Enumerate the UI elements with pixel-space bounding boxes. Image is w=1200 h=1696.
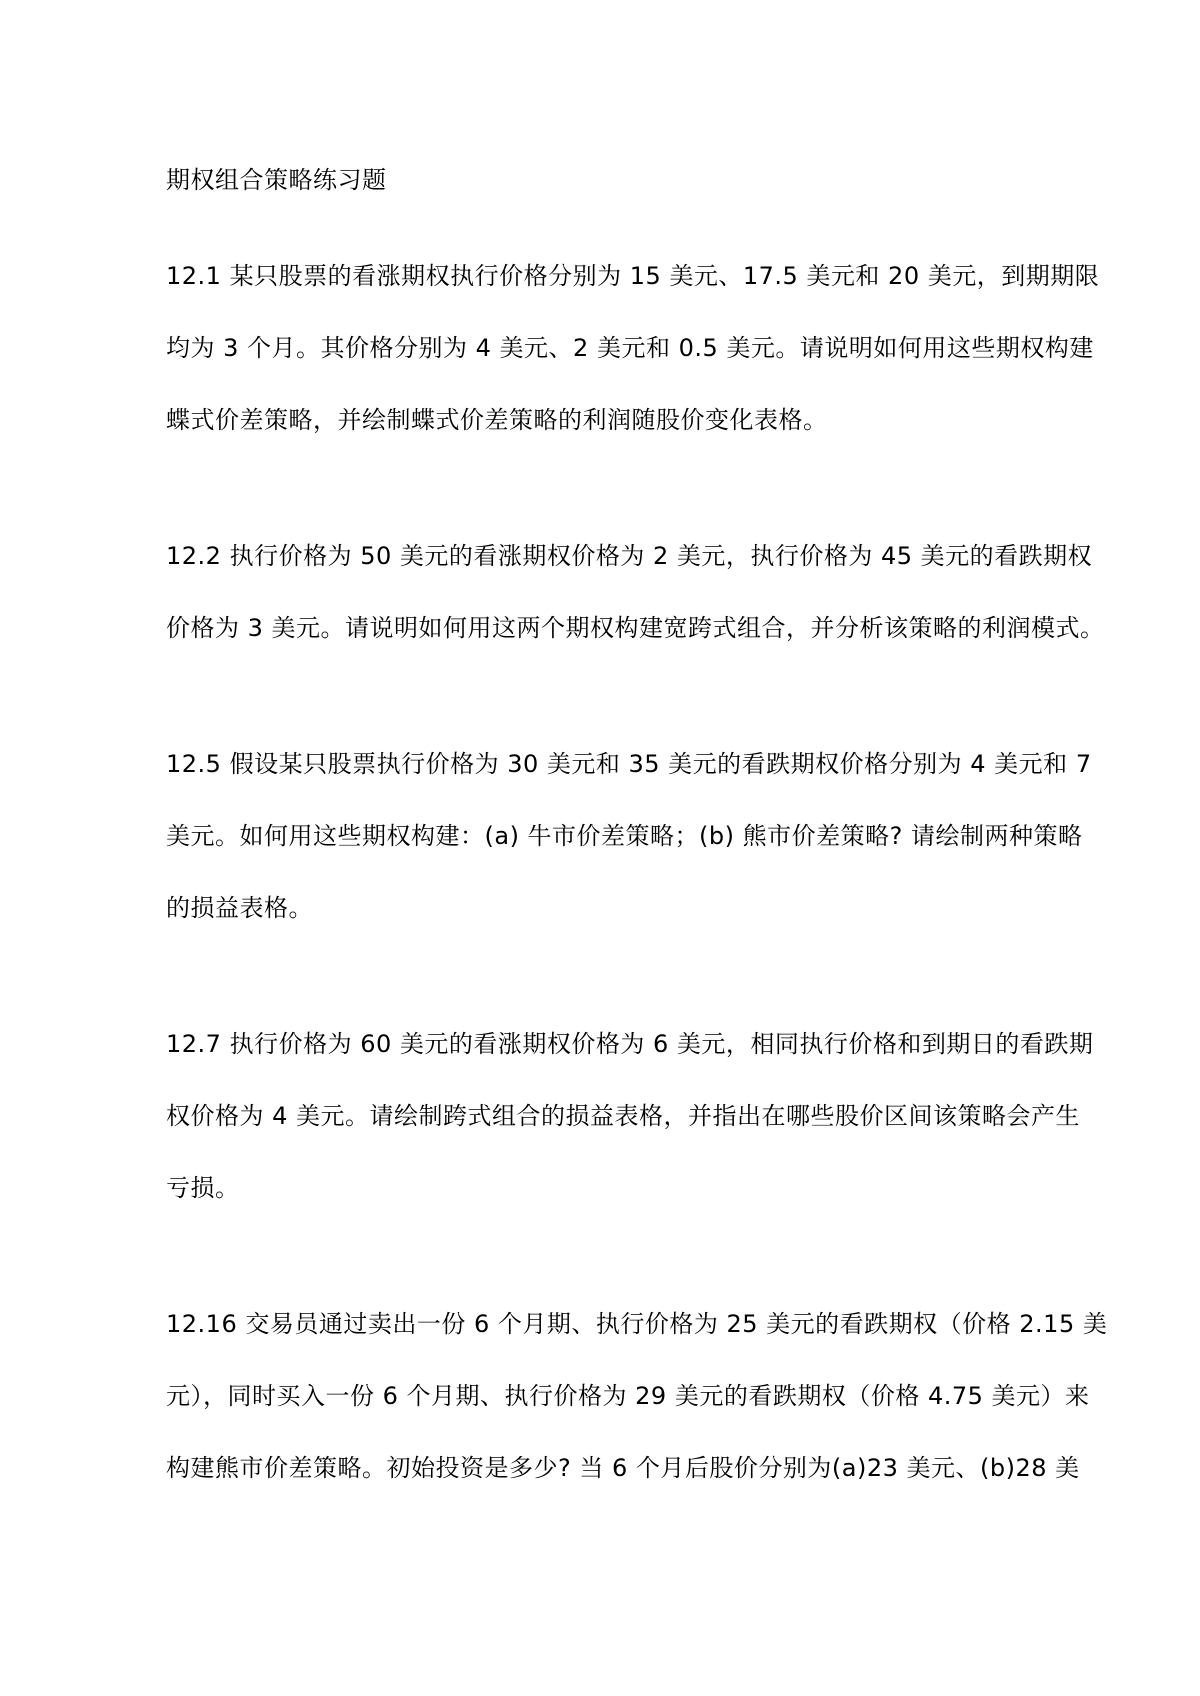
text-line: 价格为 3 美元。请说明如何用这两个期权构建宽跨式组合，并分析该策略的利润模式。 (166, 592, 1046, 664)
text-line: 12.7 执行价格为 60 美元的看涨期权价格为 6 美元，相同执行价格和到期日… (166, 1008, 1046, 1080)
problem-12-1: 12.1 某只股票的看涨期权执行价格分别为 15 美元、17.5 美元和 20 … (166, 240, 1046, 456)
text-line: 蝶式价差策略，并绘制蝶式价差策略的利润随股价变化表格。 (166, 384, 1046, 456)
problem-12-16: 12.16 交易员通过卖出一份 6 个月期、执行价格为 25 美元的看跌期权（价… (166, 1288, 1046, 1504)
text-line: 权价格为 4 美元。请绘制跨式组合的损益表格，并指出在哪些股价区间该策略会产生 (166, 1080, 1046, 1152)
text-line: 元），同时买入一份 6 个月期、执行价格为 29 美元的看跌期权（价格 4.75… (166, 1360, 1046, 1432)
text-line: 12.1 某只股票的看涨期权执行价格分别为 15 美元、17.5 美元和 20 … (166, 240, 1046, 312)
text-line: 构建熊市价差策略。初始投资是多少? 当 6 个月后股价分别为(a)23 美元、(… (166, 1432, 1046, 1504)
text-line: 12.2 执行价格为 50 美元的看涨期权价格为 2 美元，执行价格为 45 美… (166, 520, 1046, 592)
problem-12-2: 12.2 执行价格为 50 美元的看涨期权价格为 2 美元，执行价格为 45 美… (166, 520, 1046, 664)
problem-12-5: 12.5 假设某只股票执行价格为 30 美元和 35 美元的看跌期权价格分别为 … (166, 728, 1046, 944)
text-line: 亏损。 (166, 1152, 1046, 1224)
document-title: 期权组合策略练习题 (166, 144, 1046, 216)
text-line: 12.5 假设某只股票执行价格为 30 美元和 35 美元的看跌期权价格分别为 … (166, 728, 1046, 800)
text-line: 美元。如何用这些期权构建：(a) 牛市价差策略；(b) 熊市价差策略? 请绘制两… (166, 800, 1046, 872)
text-line: 12.16 交易员通过卖出一份 6 个月期、执行价格为 25 美元的看跌期权（价… (166, 1288, 1046, 1360)
problem-12-7: 12.7 执行价格为 60 美元的看涨期权价格为 6 美元，相同执行价格和到期日… (166, 1008, 1046, 1224)
text-line: 均为 3 个月。其价格分别为 4 美元、2 美元和 0.5 美元。请说明如何用这… (166, 312, 1046, 384)
document-page: 期权组合策略练习题 12.1 某只股票的看涨期权执行价格分别为 15 美元、17… (166, 144, 1046, 1504)
text-line: 的损益表格。 (166, 872, 1046, 944)
